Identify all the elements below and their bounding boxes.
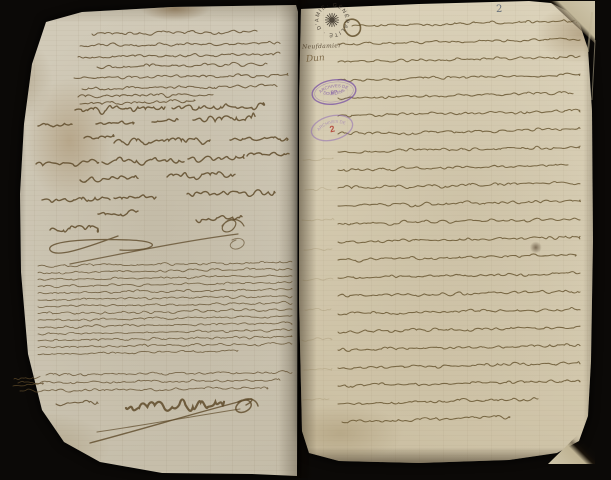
archives-oval-stamp-bottom: ARCHIVES DE 2 [306, 112, 360, 146]
oval2-center-number: 2 [329, 124, 336, 135]
round-stamp-ornament [323, 11, 341, 29]
marginalia-note-1: Neufdamier [302, 42, 342, 50]
pencil-page-number: 2 [496, 4, 502, 15]
right-page [299, 1, 595, 466]
manuscript-scan: · GÉNÉRALITÉ · D'AMIENS · ARCHIVES DE BP [0, 0, 611, 480]
generalite-amiens-stamp: · GÉNÉRALITÉ · D'AMIENS · [308, 0, 358, 44]
archives-oval-stamp-top: ARCHIVES DE BP DOULLENS [308, 76, 362, 110]
marginalia-note-2: Dun [306, 53, 326, 65]
right-page-wrap [0, 0, 611, 480]
